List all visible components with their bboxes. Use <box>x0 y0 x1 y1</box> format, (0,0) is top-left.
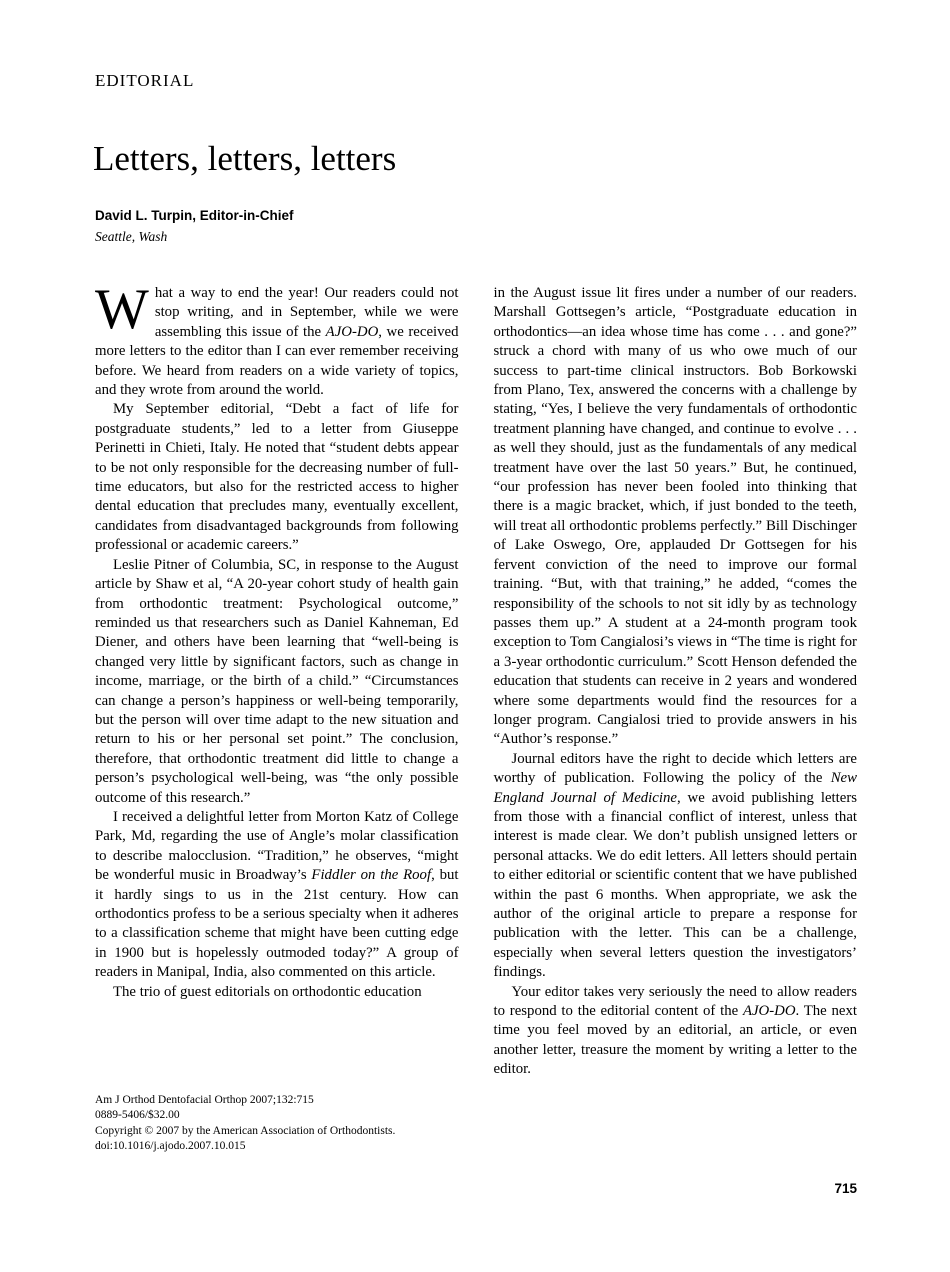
page-number: 715 <box>834 1181 857 1196</box>
text-segment: Journal editors have the right to decide… <box>494 751 858 786</box>
paragraph: The trio of guest editorials on orthodon… <box>95 983 459 1002</box>
page: EDITORIAL Letters, letters, letters Davi… <box>0 0 950 1272</box>
citation-line: Copyright © 2007 by the American Associa… <box>95 1124 459 1139</box>
column-left: What a way to end the year! Our readers … <box>95 284 459 1154</box>
section-label: EDITORIAL <box>95 71 194 91</box>
citation-block: Am J Orthod Dentofacial Orthop 2007;132:… <box>95 1075 459 1154</box>
drop-cap: W <box>95 284 155 333</box>
text-segment: Fiddler on the Roof <box>311 867 431 883</box>
text-segment: My September editorial, “Debt a fact of … <box>95 401 459 553</box>
text-segment: in the August issue lit fires under a nu… <box>494 285 858 747</box>
text-segment: Leslie Pitner of Columbia, SC, in respon… <box>95 557 459 806</box>
text-segment: AJO-DO <box>743 1003 796 1019</box>
citation-line: 0889-5406/$32.00 <box>95 1108 459 1123</box>
paragraph: in the August issue lit fires under a nu… <box>494 284 858 750</box>
text-segment: , but it hardly sings to us in the 21st … <box>95 867 459 980</box>
article-body: What a way to end the year! Our readers … <box>95 284 857 1154</box>
column-right: in the August issue lit fires under a nu… <box>494 284 858 1154</box>
citation-line: Am J Orthod Dentofacial Orthop 2007;132:… <box>95 1093 459 1108</box>
text-segment: The trio of guest editorials on orthodon… <box>113 984 422 1000</box>
paragraph: I received a delightful letter from Mort… <box>95 808 459 983</box>
author-byline: David L. Turpin, Editor-in-Chief <box>95 208 294 223</box>
paragraph: Journal editors have the right to decide… <box>494 750 858 983</box>
paragraph: Your editor takes very seriously the nee… <box>494 983 858 1080</box>
text-segment: AJO-DO <box>326 324 379 340</box>
paragraph: Leslie Pitner of Columbia, SC, in respon… <box>95 556 459 808</box>
article-title: Letters, letters, letters <box>93 140 396 178</box>
paragraph: What a way to end the year! Our readers … <box>95 284 459 400</box>
author-location: Seattle, Wash <box>95 229 167 244</box>
text-segment: , we avoid publishing letters from those… <box>494 790 858 981</box>
paragraph: My September editorial, “Debt a fact of … <box>95 400 459 555</box>
citation-line: doi:10.1016/j.ajodo.2007.10.015 <box>95 1139 459 1154</box>
